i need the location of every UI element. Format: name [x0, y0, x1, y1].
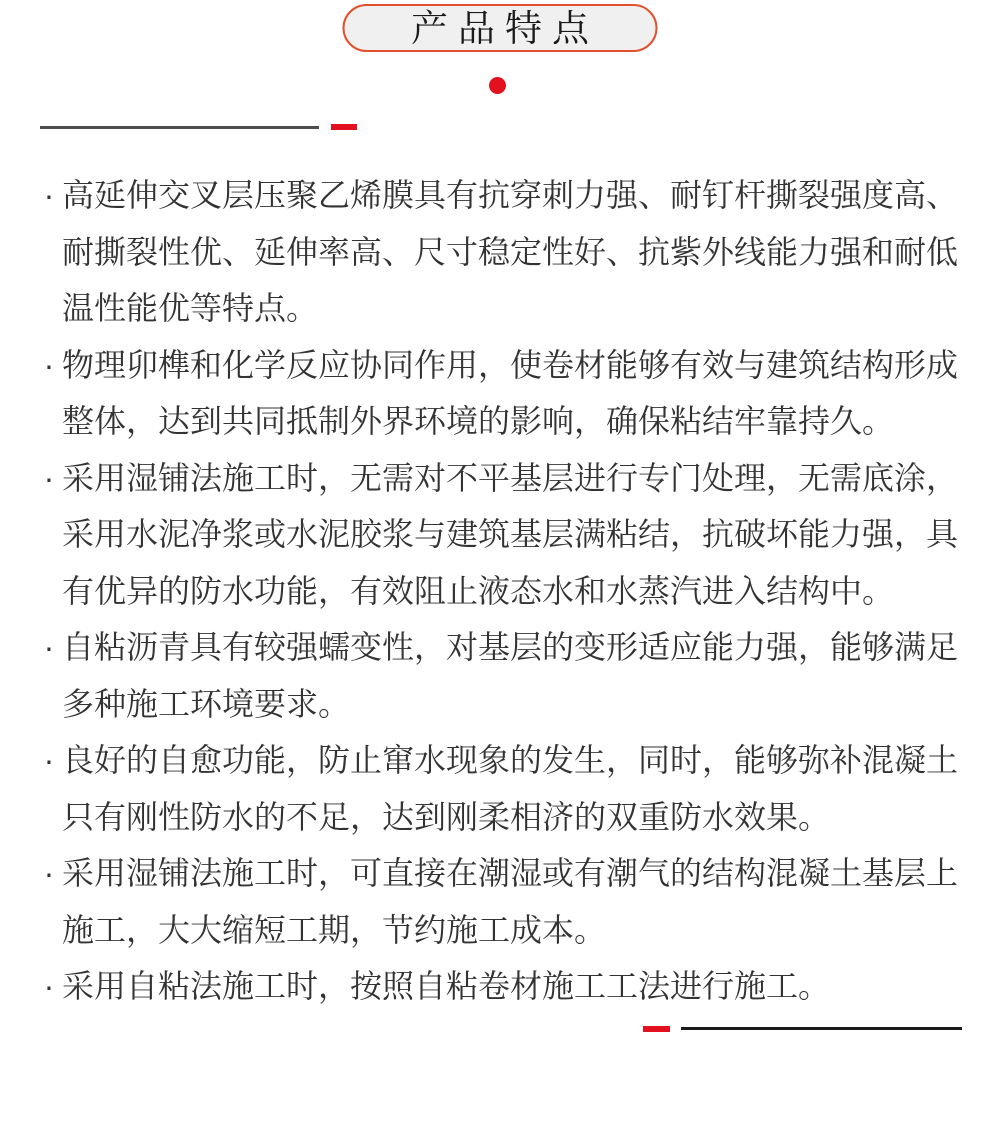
feature-text: 物理卯榫和化学反应协同作用，使卷材能够有效与建筑结构形成 整体，达到共同抵制外界…	[62, 337, 994, 450]
section-title-badge: 产品特点	[343, 4, 658, 52]
product-features-section: 产品特点 · 高延伸交叉层压聚乙烯膜具有抗穿刺力强、耐钉杆撕裂强度高、 耐撕裂性…	[0, 0, 1000, 1136]
feature-item: · 高延伸交叉层压聚乙烯膜具有抗穿刺力强、耐钉杆撕裂强度高、 耐撕裂性优、延伸率…	[62, 167, 994, 337]
feature-text: 良好的自愈功能，防止窜水现象的发生，同时，能够弥补混凝土 只有刚性防水的不足，达…	[62, 732, 994, 845]
bullet-dot-icon: ·	[40, 167, 58, 224]
feature-item: · 自粘沥青具有较强蠕变性，对基层的变形适应能力强，能够满足 多种施工环境要求。	[62, 619, 994, 732]
bullet-dot-icon: ·	[40, 450, 58, 507]
red-dot-icon	[489, 77, 506, 94]
feature-text: 自粘沥青具有较强蠕变性，对基层的变形适应能力强，能够满足 多种施工环境要求。	[62, 619, 994, 732]
feature-list: · 高延伸交叉层压聚乙烯膜具有抗穿刺力强、耐钉杆撕裂强度高、 耐撕裂性优、延伸率…	[62, 167, 994, 1015]
section-title: 产品特点	[401, 10, 599, 47]
feature-item: · 良好的自愈功能，防止窜水现象的发生，同时，能够弥补混凝土 只有刚性防水的不足…	[62, 732, 994, 845]
bullet-dot-icon: ·	[40, 337, 58, 394]
bullet-dot-icon: ·	[40, 958, 58, 1015]
bullet-dot-icon: ·	[40, 845, 58, 902]
feature-item: · 采用自粘法施工时，按照自粘卷材施工工法进行施工。	[62, 958, 994, 1015]
top-divider-accent-dash	[331, 124, 357, 130]
feature-item: · 物理卯榫和化学反应协同作用，使卷材能够有效与建筑结构形成 整体，达到共同抵制…	[62, 337, 994, 450]
feature-text: 采用湿铺法施工时，可直接在潮湿或有潮气的结构混凝土基层上 施工，大大缩短工期，节…	[62, 845, 994, 958]
bullet-dot-icon: ·	[40, 619, 58, 676]
bottom-divider-accent-dash	[643, 1026, 670, 1032]
top-divider-line	[40, 126, 319, 129]
feature-text: 采用湿铺法施工时，无需对不平基层进行专门处理，无需底涂， 采用水泥净浆或水泥胶浆…	[62, 450, 994, 620]
feature-item: · 采用湿铺法施工时，无需对不平基层进行专门处理，无需底涂， 采用水泥净浆或水泥…	[62, 450, 994, 620]
feature-item: · 采用湿铺法施工时，可直接在潮湿或有潮气的结构混凝土基层上 施工，大大缩短工期…	[62, 845, 994, 958]
bullet-dot-icon: ·	[40, 732, 58, 789]
feature-text: 高延伸交叉层压聚乙烯膜具有抗穿刺力强、耐钉杆撕裂强度高、 耐撕裂性优、延伸率高、…	[62, 167, 994, 337]
bottom-divider-line	[681, 1027, 962, 1030]
feature-text: 采用自粘法施工时，按照自粘卷材施工工法进行施工。	[62, 958, 994, 1015]
